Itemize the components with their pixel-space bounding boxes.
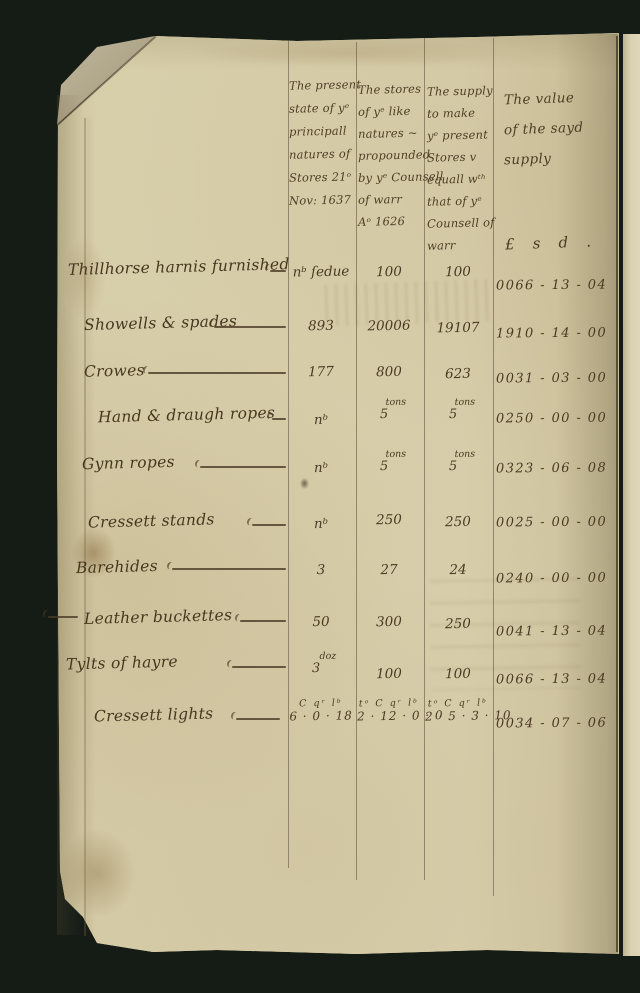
column-header-present-state: The present state of yᵉ principall natur… — [289, 74, 361, 212]
table-row: Tylts of hayre doz 3 100 100 0066 - 13 -… — [0, 648, 640, 700]
pence-symbol: d — [558, 233, 568, 251]
ruled-dash — [252, 524, 286, 526]
manuscript-photo: The present state of yᵉ principall natur… — [0, 0, 640, 993]
supply-value: 623 — [425, 365, 491, 382]
propounded-value: 20006 — [357, 317, 421, 334]
header-line: The supply — [427, 79, 495, 102]
propounded-value: tons 5 — [357, 449, 421, 474]
header-line: principall — [289, 119, 362, 144]
weight-value: 2 · 5 · 3 · 10 — [425, 708, 491, 723]
propounded-value: tons 5 — [357, 397, 421, 422]
supply-value: tons 5 — [425, 449, 491, 474]
quantity: 3 — [289, 661, 353, 676]
propounded-value: 800 — [357, 363, 421, 380]
present-store-value: doz 3 — [289, 651, 353, 676]
propounded-value: 27 — [357, 561, 421, 578]
money-value: 0025 - 00 - 00 — [496, 514, 614, 530]
quantity: 5 — [425, 407, 491, 422]
propounded-value: 250 — [357, 511, 421, 528]
supply-value: 100 — [425, 665, 491, 682]
ruled-dash — [232, 666, 286, 668]
header-line: natures of — [289, 142, 362, 167]
header-line: that of yᵉ — [427, 189, 495, 212]
header-line: Nov: 1637 — [289, 188, 362, 213]
table-row: Showells & spades 893 20006 19107 1910 -… — [0, 308, 640, 360]
ruled-dash — [48, 616, 78, 618]
money-value: 0240 - 00 - 00 — [496, 570, 614, 586]
header-line: Counsell of — [427, 211, 495, 234]
shillings-symbol: s — [532, 234, 540, 252]
money-value: 0041 - 13 - 04 — [496, 623, 614, 639]
table-row: Cressett lights C qʳ lᵇ 6 · 0 · 18 tᵒ C … — [0, 696, 640, 748]
header-line: of the sayd — [504, 113, 584, 146]
money-value: 0323 - 06 - 08 — [496, 460, 614, 476]
money-value: 0031 - 03 - 00 — [496, 370, 614, 386]
money-value: 0066 - 13 - 04 — [496, 671, 614, 687]
stain — [190, 40, 510, 66]
header-line: state of yᵉ — [289, 96, 362, 121]
header-line: supply — [504, 143, 584, 176]
present-store-value: C qʳ lᵇ 6 · 0 · 18 — [289, 697, 353, 723]
ruled-dash — [200, 466, 286, 468]
ruled-dash — [270, 270, 286, 272]
item-label: Leather buckettes — [84, 606, 233, 628]
item-label: Hand & draugh ropes — [98, 404, 276, 427]
column-header-value: The value of the sayd supply — [504, 84, 583, 174]
supply-value: tons 5 — [425, 397, 491, 422]
header-line: Stores v — [427, 145, 495, 168]
present-store-value: nᵇ — [289, 459, 353, 476]
header-line: to make — [427, 101, 495, 124]
money-value: 0066 - 13 - 04 — [496, 277, 614, 293]
present-store-value: 177 — [289, 363, 353, 380]
present-store-value: 893 — [289, 317, 353, 334]
stain — [58, 828, 136, 918]
weight-value: 2 · 12 · 0 · 0 — [357, 708, 421, 723]
header-line: warr — [427, 233, 495, 256]
present-store-value: nᵇ ſedue — [289, 263, 353, 280]
supply-value: 19107 — [425, 319, 491, 336]
quantity: 5 — [425, 459, 491, 474]
item-label: Tylts of hayre — [66, 653, 178, 674]
table-row: Gynn ropes nᵇ tons 5 tons 5 0323 - 06 - … — [0, 448, 640, 500]
ruled-dash — [148, 372, 286, 374]
currency-header: £ s d . — [505, 233, 592, 254]
present-store-value: nᵇ — [289, 515, 353, 532]
supply-value: tᵒ C qʳ lᵇ 2 · 5 · 3 · 10 — [425, 697, 491, 723]
table-row: Cressett stands nᵇ 250 250 0025 - 00 - 0… — [0, 502, 640, 554]
supply-value: 250 — [425, 513, 491, 530]
ruled-dash — [214, 326, 286, 328]
supply-value: 24 — [425, 561, 491, 578]
ruled-dash — [172, 568, 286, 570]
present-store-value: 50 — [289, 613, 353, 630]
header-line: equall wᵗʰ — [427, 167, 495, 190]
item-label: Barehides — [76, 557, 158, 577]
ruled-dash — [272, 418, 286, 420]
money-value: 0250 - 00 - 00 — [496, 410, 614, 426]
weight-value: 6 · 0 · 18 — [289, 708, 353, 723]
header-line: yᵉ present — [427, 123, 495, 146]
header-line: The present — [289, 73, 362, 98]
item-label: Cressett stands — [88, 510, 215, 531]
propounded-value: 100 — [357, 665, 421, 682]
pounds-symbol: £ — [505, 235, 515, 253]
ruled-dash — [240, 620, 286, 622]
header-line: The value — [504, 83, 584, 116]
ruled-dash — [236, 718, 280, 720]
item-label: Crowes — [84, 361, 145, 381]
present-store-value: 3 — [289, 561, 353, 578]
column-header-supply: The supply to make yᵉ present Stores v e… — [427, 80, 495, 256]
item-label: Thillhorse harnis furnished — [68, 255, 290, 279]
table-row: Thillhorse harnis furnished nᵇ ſedue 100… — [0, 256, 640, 308]
propounded-value: tᵒ C qʳ lᵇ 2 · 12 · 0 · 0 — [357, 697, 421, 723]
quantity: 5 — [357, 459, 421, 474]
money-value: 1910 - 14 - 00 — [496, 325, 614, 341]
quantity: 5 — [357, 407, 421, 422]
table-row: Hand & draugh ropes nᵇ tons 5 tons 5 025… — [0, 398, 640, 450]
item-label: Gynn ropes — [82, 453, 175, 473]
propounded-value: 300 — [357, 613, 421, 630]
dot: . — [586, 233, 591, 251]
table-row: Barehides 3 27 24 0240 - 00 - 00 — [0, 554, 640, 606]
present-store-value: nᵇ — [289, 411, 353, 428]
supply-value: 100 — [425, 263, 491, 280]
header-line: Stores 21ᵒ — [289, 165, 362, 190]
money-value: 0034 - 07 - 06 — [496, 715, 614, 731]
supply-value: 250 — [425, 615, 491, 632]
item-label: Cressett lights — [94, 704, 214, 725]
propounded-value: 100 — [357, 263, 421, 280]
